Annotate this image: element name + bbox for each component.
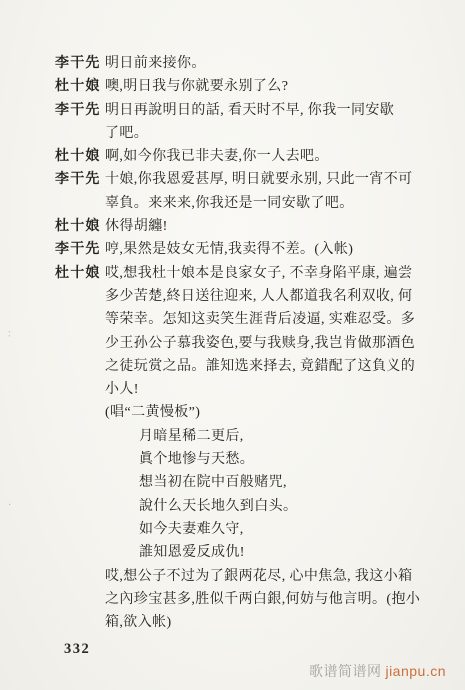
line-text: 十娘,你我恩爱甚厚, 明日就要永别, 只此一宵不可 [105, 172, 413, 187]
script-line: 杜十娘哎,想我杜十娘本是良家女子, 不幸身陷平康, 遍尝 [0, 262, 465, 285]
line-text: 哎,想公子不过为了銀两花尽, 心中焦急, 我这小箱 [105, 569, 413, 584]
script-line: 箱,欲入帐) [0, 611, 465, 634]
script-line: 李干先哼,果然是妓女无情,我卖得不差。(入帐) [0, 238, 465, 261]
speaker-name: 李干先 [55, 238, 101, 261]
line-text: 等荣幸。怎知这卖笑生涯背后凌逼, 实难忍受。多 [105, 312, 415, 327]
speaker-name: 杜十娘 [55, 262, 101, 285]
script-line: 李干先明日再說明日的話, 看天时不早, 你我一同安歇 [0, 99, 465, 122]
script-line: 辜負。来来来,你我还是一同安歇了吧。 [0, 192, 465, 215]
script-line: 李干先明日前来接你。 [0, 52, 465, 75]
line-text: 明日再說明日的話, 看天时不早, 你我一同安歇 [105, 103, 394, 118]
speaker-name: 李干先 [55, 99, 101, 122]
page-number: 332 [64, 641, 90, 658]
script-line: 小人! [0, 378, 465, 401]
script-line: 哎,想公子不过为了銀两花尽, 心中焦急, 我这小箱 [0, 565, 465, 588]
line-text: 哼,果然是妓女无情,我卖得不差。(入帐) [105, 242, 353, 257]
line-text: 啊,如今你我已非夫妻,你一人去吧。 [105, 149, 329, 164]
script-line: 之內珍宝甚多,胜似千两白銀,何妨与他言明。(抱小 [0, 588, 465, 611]
line-text: 如今夫妻难久守, [139, 522, 244, 537]
line-text: 噢,明日我与你就要永别了么? [105, 79, 288, 94]
speaker-name: 杜十娘 [55, 215, 101, 238]
line-text: 月暗星稀二更后, [139, 429, 244, 444]
line-text: 說什么天长地久到白头。 [139, 499, 297, 514]
line-text: 多少苦楚,終日送往迎来, 人人都道我名利双收, 何 [105, 289, 413, 304]
line-text: 辜負。来来来,你我还是一同安歇了吧。 [105, 196, 354, 211]
line-text: 少王孙公子慕我姿色,要与我赎身,我岂肯做那酒色 [105, 336, 415, 351]
line-text: 眞个地惨与天愁。 [139, 452, 254, 467]
script-line: 杜十娘噢,明日我与你就要永别了么? [0, 75, 465, 98]
line-text: 誰知恩爱反成仇! [139, 545, 245, 560]
script-line: 杜十娘啊,如今你我已非夫妻,你一人去吧。 [0, 145, 465, 168]
speaker-name: 杜十娘 [55, 145, 101, 168]
line-text: (唱“二黄慢板”) [105, 405, 200, 420]
verse-line: 如今夫妻难久守, [0, 518, 465, 541]
speaker-name: 李干先 [55, 168, 101, 191]
script-line: 多少苦楚,終日送往迎来, 人人都道我名利双收, 何 [0, 285, 465, 308]
script-line: 等荣幸。怎知这卖笑生涯背后凌逼, 实难忍受。多 [0, 308, 465, 331]
watermark-site-url: jianpu.cn [385, 663, 446, 679]
line-text: 小人! [105, 382, 139, 397]
script-line: 之徒玩赏之品。誰知选来择去, 竟錯配了这負义的 [0, 355, 465, 378]
line-text: 明日前来接你。 [105, 56, 206, 71]
script-line: 杜十娘休得胡纏! [0, 215, 465, 238]
verse-line: 眞个地惨与天愁。 [0, 448, 465, 471]
scanned-book-page: ： · 李干先明日前来接你。 杜十娘噢,明日我与你就要永别了么? 李干先明日再說… [0, 0, 465, 690]
play-script-text: 李干先明日前来接你。 杜十娘噢,明日我与你就要永别了么? 李干先明日再說明日的話… [0, 52, 465, 634]
watermark: 歌谱简谱网jianpu.cn [309, 661, 446, 681]
script-line: 李干先十娘,你我恩爱甚厚, 明日就要永别, 只此一宵不可 [0, 168, 465, 191]
script-line: 了吧。 [0, 122, 465, 145]
line-text: 休得胡纏! [105, 219, 168, 234]
script-line: 少王孙公子慕我姿色,要与我赎身,我岂肯做那酒色 [0, 332, 465, 355]
verse-line: 說什么天长地久到白头。 [0, 495, 465, 518]
verse-line: 誰知恩爱反成仇! [0, 541, 465, 564]
verse-line: 想当初在院中百般赌咒, [0, 471, 465, 494]
line-text: 箱,欲入帐) [105, 615, 172, 630]
speaker-name: 李干先 [55, 52, 101, 75]
watermark-site-name: 歌谱简谱网 [309, 663, 382, 679]
speaker-name: 杜十娘 [55, 75, 101, 98]
line-text: 哎,想我杜十娘本是良家女子, 不幸身陷平康, 遍尝 [105, 266, 413, 281]
line-text: 之徒玩赏之品。誰知选来择去, 竟錯配了这負义的 [105, 359, 415, 374]
line-text: 了吧。 [105, 126, 148, 141]
line-text: 想当初在院中百般赌咒, [139, 475, 287, 490]
line-text: 之內珍宝甚多,胜似千两白銀,何妨与他言明。(抱小 [105, 592, 420, 607]
verse-line: 月暗星稀二更后, [0, 425, 465, 448]
stage-direction: (唱“二黄慢板”) [0, 401, 465, 424]
